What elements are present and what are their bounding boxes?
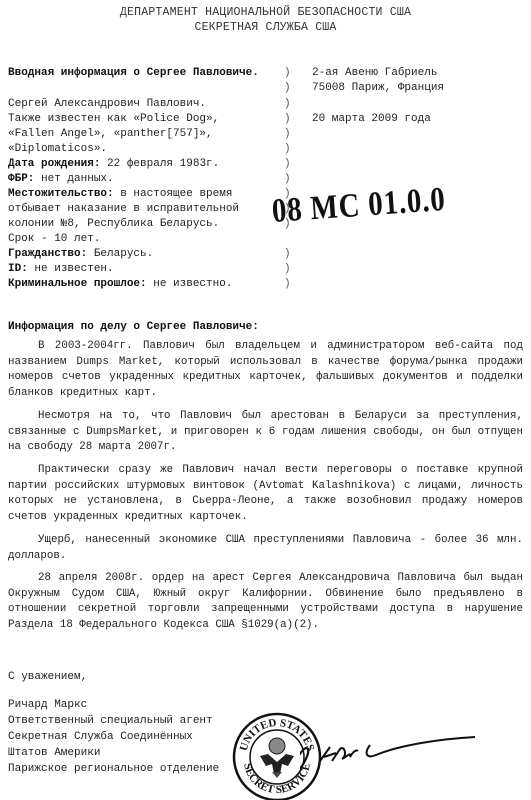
signature [300, 715, 480, 785]
citizenship-label: Гражданство: [8, 248, 87, 260]
bracket-divider: ) [284, 157, 291, 171]
paragraph-text: Практически сразу же Павлович начал вест… [8, 463, 523, 525]
id-value: не известен. [28, 263, 114, 275]
fbi-label: ФБР: [8, 173, 34, 185]
residence-value: в настоящее время [114, 188, 233, 200]
citizenship-value: Беларусь. [87, 248, 153, 260]
bracket-divider: ) [284, 262, 291, 276]
signer-title: Ответственный специальный агент [8, 714, 213, 728]
paragraph-text: Ущерб, нанесенный экономике США преступл… [8, 533, 523, 564]
dob-value: 22 февраля 1983г. [100, 158, 219, 170]
case-paragraph: Несмотря на то, что Павлович был арестов… [8, 409, 523, 456]
case-paragraph: Практически сразу же Павлович начал вест… [8, 463, 523, 525]
criminal-record-label: Криминальное прошлое: [8, 278, 147, 290]
paragraph-text: В 2003-2004гг. Павлович был владельцем и… [8, 339, 523, 401]
residence-field: Местожительство: в настоящее время [8, 187, 232, 201]
bracket-divider: ) [284, 172, 291, 186]
intro-title: Вводная информация о Сергее Павловиче. [8, 66, 259, 80]
criminal-record-value: не известно. [147, 278, 233, 290]
alias-line: «Fallen Angel», «panther[757]», [8, 127, 213, 141]
salutation: С уважением, [8, 670, 87, 684]
id-label: ID: [8, 263, 28, 275]
signer-name: Ричард Маркс [8, 698, 87, 712]
bracket-divider: ) [284, 277, 291, 291]
case-paragraph: В 2003-2004гг. Павлович был владельцем и… [8, 339, 523, 401]
address-street: 2-ая Авеню Габриель [312, 66, 437, 80]
address-city: 75008 Париж, Франция [312, 81, 444, 95]
case-number-stamp: 08 MC 01.0.0 [271, 181, 447, 231]
bracket-divider: ) [284, 142, 291, 156]
paragraph-text: 28 апреля 2008г. ордер на арест Сергея А… [8, 571, 523, 633]
dob-field: Дата рождения: 22 февраля 1983г. [8, 157, 219, 171]
residence-label: Местожительство: [8, 188, 114, 200]
signer-office: Парижское региональное отделение [8, 762, 219, 776]
residence-value-cont: колонии №8, Республика Беларусь. [8, 217, 219, 231]
signer-org: Штатов Америки [8, 746, 100, 760]
id-field: ID: не известен. [8, 262, 114, 276]
bracket-divider: ) [284, 127, 291, 141]
citizenship-field: Гражданство: Беларусь. [8, 247, 153, 261]
sentence-term: Срок - 10 лет. [8, 232, 100, 246]
service-title: СЕКРЕТНАЯ СЛУЖБА США [0, 21, 531, 35]
department-title: ДЕПАРТАМЕНТ НАЦИОНАЛЬНОЙ БЕЗОПАСНОСТИ СШ… [0, 6, 531, 20]
criminal-record-field: Криминальное прошлое: не известно. [8, 277, 232, 291]
bracket-divider: ) [284, 112, 291, 126]
case-title: Информация по делу о Сергее Павловиче: [8, 320, 259, 334]
name-line: Сергей Александрович Павлович. [8, 97, 206, 111]
paragraph-text: Несмотря на то, что Павлович был арестов… [8, 409, 523, 456]
case-paragraph: Ущерб, нанесенный экономике США преступл… [8, 533, 523, 564]
residence-value-cont: отбывает наказание в исправительной [8, 202, 239, 216]
bracket-divider: ) [284, 66, 291, 80]
fbi-field: ФБР: нет данных. [8, 172, 114, 186]
dob-label: Дата рождения: [8, 158, 100, 170]
bracket-divider: ) [284, 81, 291, 95]
signer-org: Секретная Служба Соединённых [8, 730, 193, 744]
alias-line: Также известен как «Police Dog», [8, 112, 219, 126]
bracket-divider: ) [284, 247, 291, 261]
bracket-divider: ) [284, 97, 291, 111]
fbi-value: нет данных. [34, 173, 113, 185]
document-date: 20 марта 2009 года [312, 112, 431, 126]
case-paragraph: 28 апреля 2008г. ордер на арест Сергея А… [8, 571, 523, 633]
alias-line: «Diplomaticos». [8, 142, 107, 156]
